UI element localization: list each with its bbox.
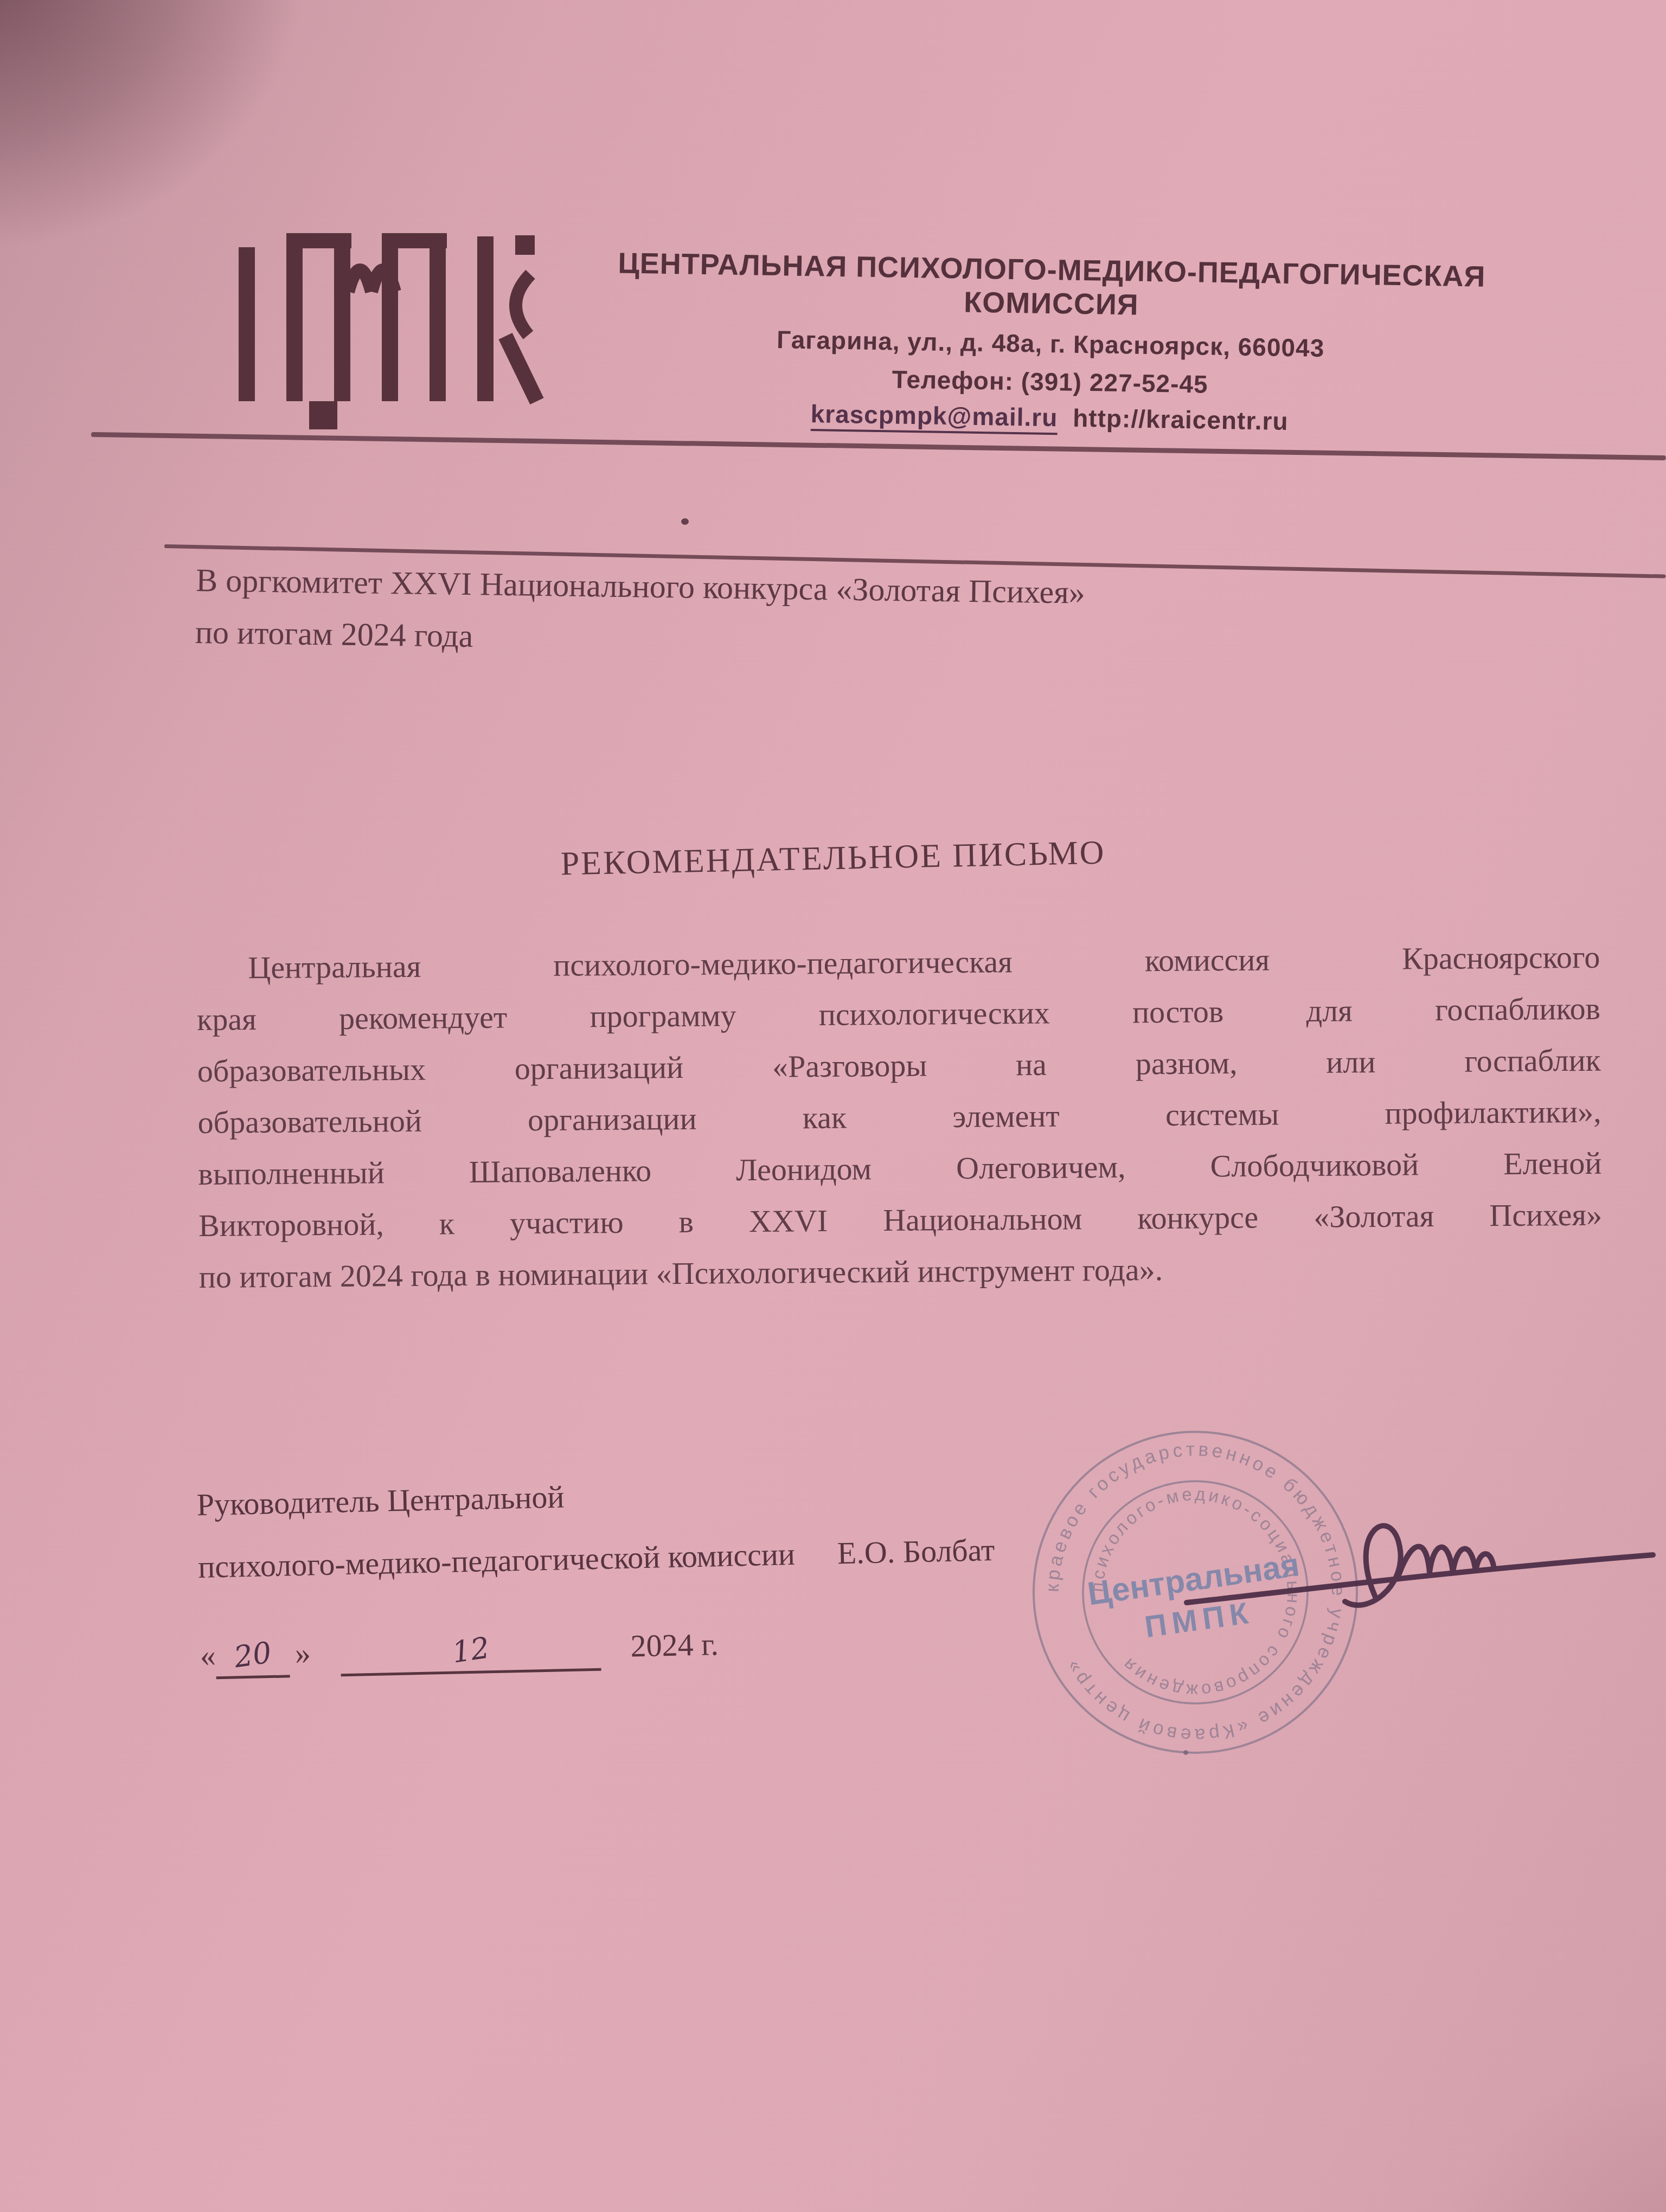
letter-body: Центральная психолого-медико-педагогичес… (196, 931, 1603, 1303)
open-quote: « (200, 1637, 216, 1673)
date-year: 2024 г. (630, 1626, 719, 1664)
letter-page: ЦПМПК (0, 0, 1666, 2212)
org-name: ЦЕНТРАЛЬНАЯ ПСИХОЛОГО-МЕДИКО-ПЕДАГОГИЧЕС… (533, 245, 1570, 329)
addressee-block: В оргкомитет XXVI Национального конкурса… (195, 554, 1497, 676)
org-email-link: krascpmpk@mail.ru (810, 400, 1058, 435)
letterhead: ЦЕНТРАЛЬНАЯ ПСИХОЛОГО-МЕДИКО-ПЕДАГОГИЧЕС… (531, 245, 1570, 440)
paper-speck (681, 518, 689, 525)
org-address: Гагарина, ул., д. 48а, г. Красноярск, 66… (533, 321, 1569, 366)
close-quote: » (294, 1635, 311, 1671)
signature-stroke-icon (1166, 1484, 1666, 1652)
cpmpk-logo-icon: ЦПМПК (233, 210, 548, 443)
handwritten-month: 12 (340, 1629, 601, 1676)
signer-role-line-2: психолого-медико-педагогической комиссии (198, 1536, 796, 1585)
body-line: Викторовной, к участию в XXVI Национальн… (198, 1189, 1603, 1251)
letter-title: РЕКОМЕНДАТЕЛЬНОЕ ПИСЬМО (0, 822, 1666, 895)
org-website: http://kraicentr.ru (1073, 404, 1289, 435)
signer-name: Е.О. Болбат (837, 1532, 995, 1571)
paper-speck (1183, 1750, 1188, 1755)
handwritten-day: 20 (215, 1635, 290, 1679)
handwritten-signature (1166, 1484, 1666, 1652)
body-line: по итогам 2024 года в номинации «Психоло… (198, 1240, 1603, 1303)
cpmpk-logo-glyph (233, 210, 548, 443)
